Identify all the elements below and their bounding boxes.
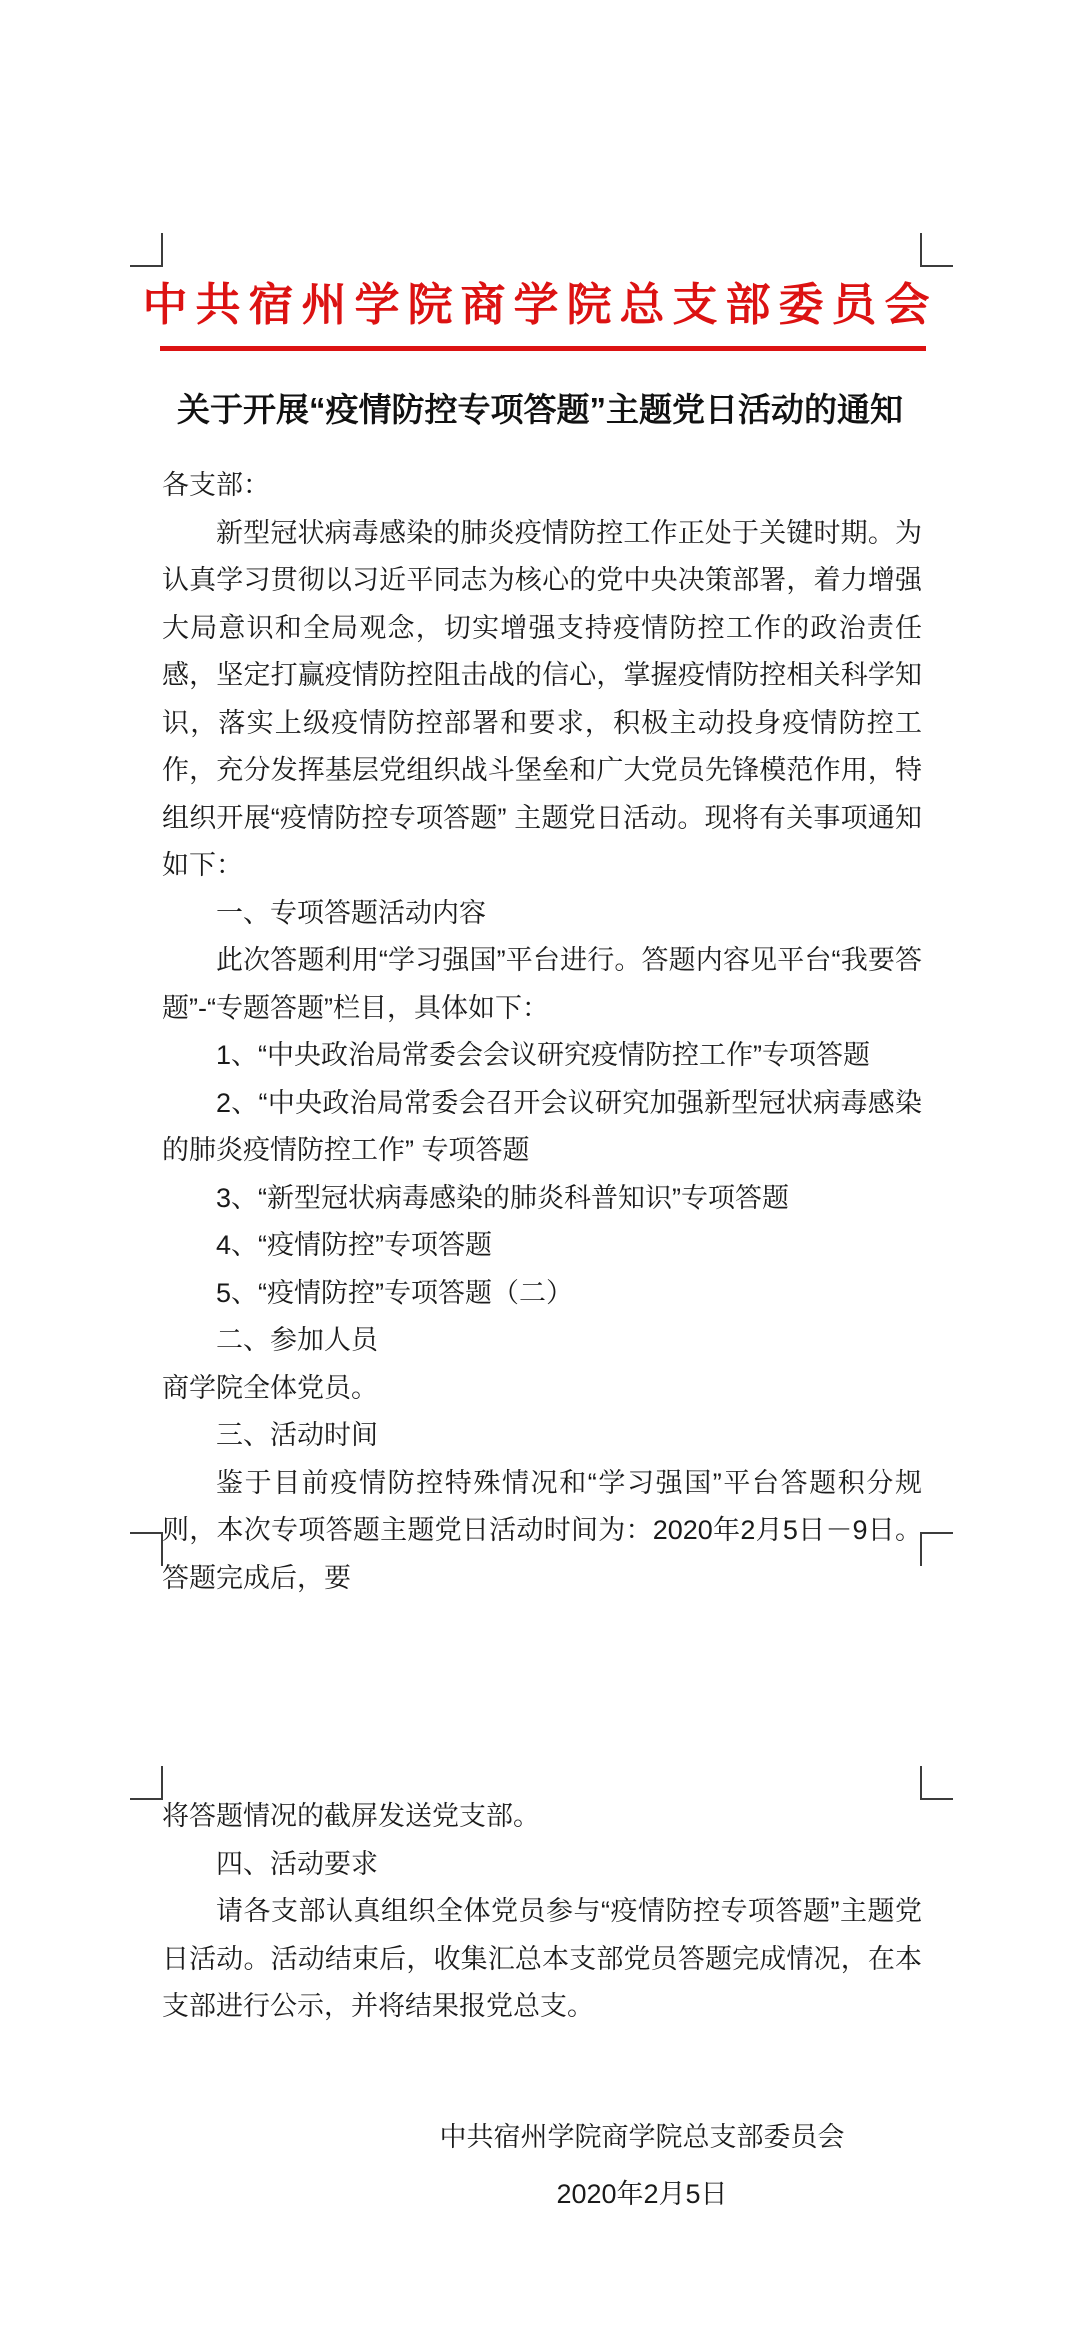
intro-paragraph: 新型冠状病毒感染的肺炎疫情防控工作正处于关键时期。为认真学习贯彻以习近平同志为核…: [162, 510, 922, 890]
section-4-body: 请各支部认真组织全体党员参与“疫情防控专项答题”主题党日活动。活动结束后，收集汇…: [162, 1888, 922, 2031]
page2-body: 将答题情况的截屏发送党支部。 四、活动要求 请各支部认真组织全体党员参与“疫情防…: [162, 1793, 922, 2223]
section-4-heading: 四、活动要求: [162, 1841, 922, 1889]
page1-bottom-left-crop-mark: [130, 1532, 163, 1566]
section-2-body: 商学院全体党员。: [162, 1365, 922, 1413]
section-3-heading: 三、活动时间: [162, 1412, 922, 1460]
page2-top-left-crop-mark: [130, 1766, 163, 1800]
notice-title: 关于开展“疫情防控专项答题”主题党日活动的通知: [0, 384, 1080, 431]
quiz-item-2: 2、“中央政治局常委会召开会议研究加强新型冠状病毒感染的肺炎疫情防控工作” 专项…: [162, 1080, 922, 1175]
document-page-view: 中共宿州学院商学院总支部委员会 关于开展“疫情防控专项答题”主题党日活动的通知 …: [0, 0, 1080, 2340]
signature-date: 2020年2月5日: [262, 2166, 1022, 2223]
page1-top-left-crop-mark: [130, 233, 163, 267]
quiz-item-3: 3、“新型冠状病毒感染的肺炎科普知识”专项答题: [162, 1175, 922, 1223]
section-1-intro: 此次答题利用“学习强国”平台进行。答题内容见平台“我要答题”-“专题答题”栏目，…: [162, 937, 922, 1032]
quiz-item-5: 5、“疫情防控”专项答题（二）: [162, 1270, 922, 1318]
page1-top-right-crop-mark: [920, 233, 953, 267]
letterhead-org-name: 中共宿州学院商学院总支部委员会: [0, 268, 1080, 333]
page1-body: 各支部： 新型冠状病毒感染的肺炎疫情防控工作正处于关键时期。为认真学习贯彻以习近…: [162, 462, 922, 1602]
section-1-heading: 一、专项答题活动内容: [162, 890, 922, 938]
page1-bottom-right-crop-mark: [920, 1532, 953, 1566]
page2-top-right-crop-mark: [920, 1766, 953, 1800]
section-3-body-part2: 将答题情况的截屏发送党支部。: [162, 1793, 922, 1841]
section-3-body-part1: 鉴于目前疫情防控特殊情况和“学习强国”平台答题积分规则，本次专项答题主题党日活动…: [162, 1460, 922, 1603]
letterhead-red-divider: [160, 346, 926, 351]
signature-org-name: 中共宿州学院商学院总支部委员会: [262, 2109, 1022, 2166]
quiz-item-1: 1、“中央政治局常委会会议研究疫情防控工作”专项答题: [162, 1032, 922, 1080]
section-2-heading: 二、参加人员: [162, 1317, 922, 1365]
salutation: 各支部：: [162, 462, 922, 510]
quiz-item-4: 4、“疫情防控”专项答题: [162, 1222, 922, 1270]
signature-block: 中共宿州学院商学院总支部委员会 2020年2月5日: [262, 2109, 1022, 2223]
